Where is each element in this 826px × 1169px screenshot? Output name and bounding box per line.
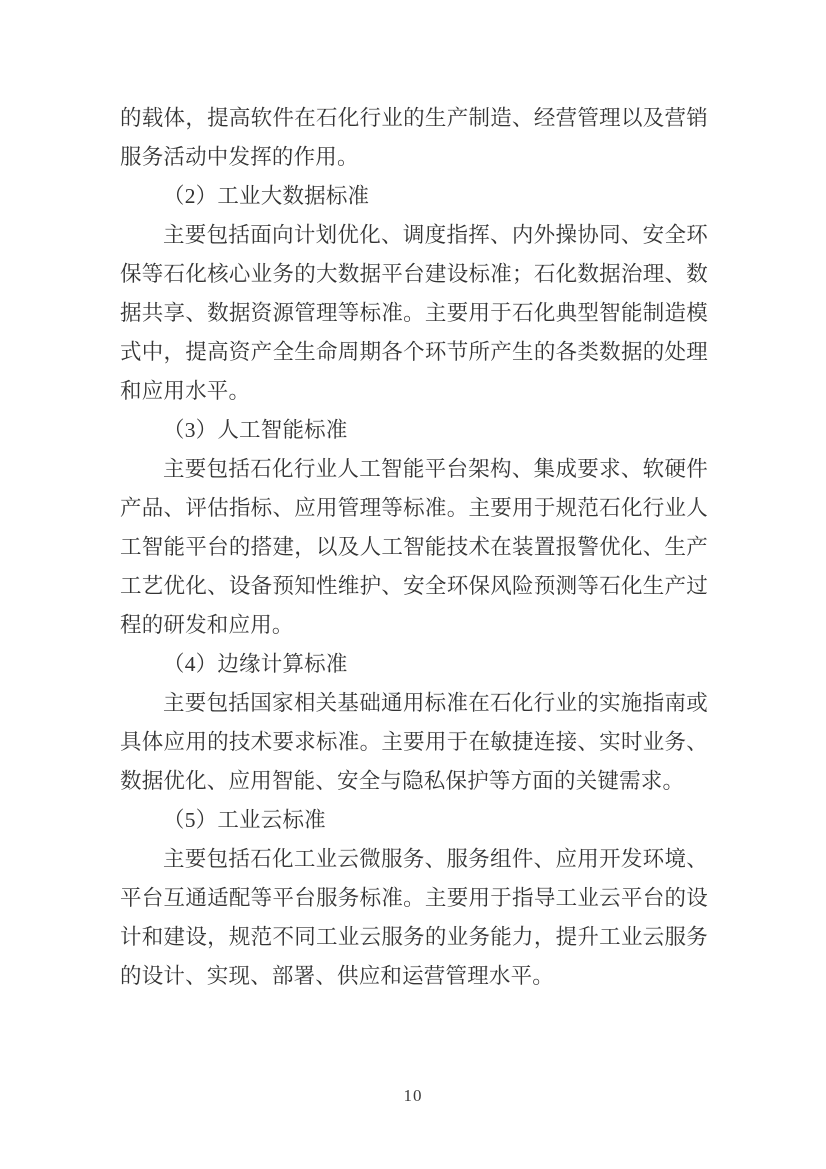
heading-industrial-cloud-standard: （5）工业云标准	[120, 801, 708, 840]
paragraph-software-carrier-continuation: 的载体，提高软件在石化行业的生产制造、经营管理以及营销服务活动中发挥的作用。	[120, 99, 708, 177]
heading-edge-computing-standard: （4）边缘计算标准	[120, 645, 708, 684]
heading-artificial-intelligence-standard: （3）人工智能标准	[120, 411, 708, 450]
paragraph-industrial-cloud-description: 主要包括石化工业云微服务、服务组件、应用开发环境、平台互通适配等平台服务标准。主…	[120, 840, 708, 996]
document-body: 的载体，提高软件在石化行业的生产制造、经营管理以及营销服务活动中发挥的作用。 （…	[120, 99, 708, 996]
heading-industrial-big-data-standard: （2）工业大数据标准	[120, 177, 708, 216]
paragraph-big-data-description: 主要包括面向计划优化、调度指挥、内外操协同、安全环保等石化核心业务的大数据平台建…	[120, 216, 708, 411]
paragraph-edge-computing-description: 主要包括国家相关基础通用标准在石化行业的实施指南或具体应用的技术要求标准。主要用…	[120, 684, 708, 801]
document-page: 的载体，提高软件在石化行业的生产制造、经营管理以及营销服务活动中发挥的作用。 （…	[0, 0, 826, 1169]
paragraph-ai-description: 主要包括石化行业人工智能平台架构、集成要求、软硬件产品、评估指标、应用管理等标准…	[120, 450, 708, 645]
page-number: 10	[0, 1086, 826, 1106]
